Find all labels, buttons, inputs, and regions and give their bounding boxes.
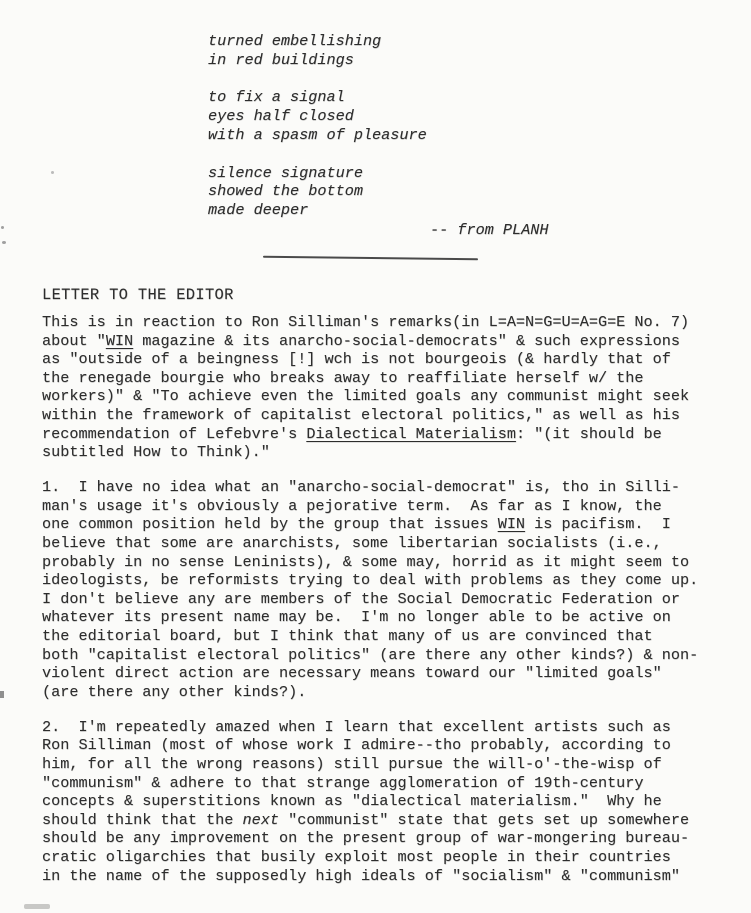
letter-line: ideologists, be reformists trying to dea…	[42, 571, 742, 590]
scan-smudge	[24, 904, 50, 909]
poem-line: with a spasm of pleasure	[208, 126, 427, 145]
letter-line: "communism" & adhere to that strange agg…	[42, 774, 742, 793]
letter-line: recommendation of Lefebvre's Dialectical…	[42, 425, 742, 444]
scan-speck	[51, 171, 54, 174]
underlined-text: Dialectical Materialism	[306, 425, 516, 443]
letter-line: subtitled How to Think)."	[42, 443, 742, 462]
letter-line: the editorial board, but I think that ma…	[42, 627, 742, 646]
letter-line: believe that some are anarchists, some l…	[42, 534, 742, 553]
underlined-text: WIN	[498, 515, 525, 533]
poem-excerpt: turned embellishingin red buildingsto fi…	[208, 32, 427, 239]
letter-line: This is in reaction to Ron Silliman's re…	[42, 313, 742, 332]
poem-line: silence signature	[208, 164, 427, 183]
letter-line: probably in no sense Leninists), & some …	[42, 553, 742, 572]
letter-line: I don't believe any are members of the S…	[42, 590, 742, 609]
underlined-text: WIN	[106, 332, 133, 350]
letter-line: in the name of the supposedly high ideal…	[42, 867, 742, 886]
section-divider	[263, 256, 478, 261]
letter-line: as "outside of a beingness [!] wch is no…	[42, 350, 742, 369]
letter-heading: LETTER TO THE EDITOR	[42, 286, 234, 304]
letter-line: within the framework of capitalist elect…	[42, 406, 742, 425]
poem-line: eyes half closed	[208, 107, 427, 126]
poem-line: to fix a signal	[208, 88, 427, 107]
poem-stanza: silence signatureshowed the bottommade d…	[208, 164, 427, 220]
poem-stanza: to fix a signaleyes half closedwith a sp…	[208, 88, 427, 144]
scan-edge-mark	[0, 691, 4, 698]
scan-speck	[2, 241, 6, 244]
letter-line: workers)" & "To achieve even the limited…	[42, 387, 742, 406]
letter-line: should be any improvement on the present…	[42, 829, 742, 848]
poem-line: made deeper	[208, 201, 427, 220]
scan-speck	[1, 226, 4, 229]
poem-line: in red buildings	[208, 51, 427, 70]
letter-paragraph: 1. I have no idea what an "anarcho-socia…	[42, 478, 742, 701]
letter-line: both "capitalist electoral politics" (ar…	[42, 646, 742, 665]
letter-line: whatever its present name may be. I'm no…	[42, 608, 742, 627]
letter-line: 2. I'm repeatedly amazed when I learn th…	[42, 718, 742, 737]
poem-attribution: -- from PLANH	[430, 221, 548, 240]
letter-line: should think that the next "communist" s…	[42, 811, 742, 830]
letter-body: This is in reaction to Ron Silliman's re…	[42, 313, 742, 902]
letter-line: one common position held by the group th…	[42, 515, 742, 534]
letter-line: (are there any other kinds?).	[42, 683, 742, 702]
letter-line: 1. I have no idea what an "anarcho-socia…	[42, 478, 742, 497]
letter-line: man's usage it's obviously a pejorative …	[42, 497, 742, 516]
letter-line: cratic oligarchies that busily exploit m…	[42, 848, 742, 867]
letter-line: about "WIN magazine & its anarcho-social…	[42, 332, 742, 351]
letter-paragraph: This is in reaction to Ron Silliman's re…	[42, 313, 742, 462]
poem-line: showed the bottom	[208, 182, 427, 201]
letter-line: Ron Silliman (most of whose work I admir…	[42, 736, 742, 755]
poem-line: turned embellishing	[208, 32, 427, 51]
italic-text: next	[243, 811, 279, 829]
poem-stanza: turned embellishingin red buildings	[208, 32, 427, 70]
scanned-letter-page: turned embellishingin red buildingsto fi…	[0, 0, 751, 913]
letter-paragraph: 2. I'm repeatedly amazed when I learn th…	[42, 718, 742, 885]
letter-line: violent direct action are necessary mean…	[42, 664, 742, 683]
letter-line: concepts & superstitions known as "diale…	[42, 792, 742, 811]
letter-line: the renegade bourgie who breaks away to …	[42, 369, 742, 388]
letter-line: him, for all the wrong reasons) still pu…	[42, 755, 742, 774]
